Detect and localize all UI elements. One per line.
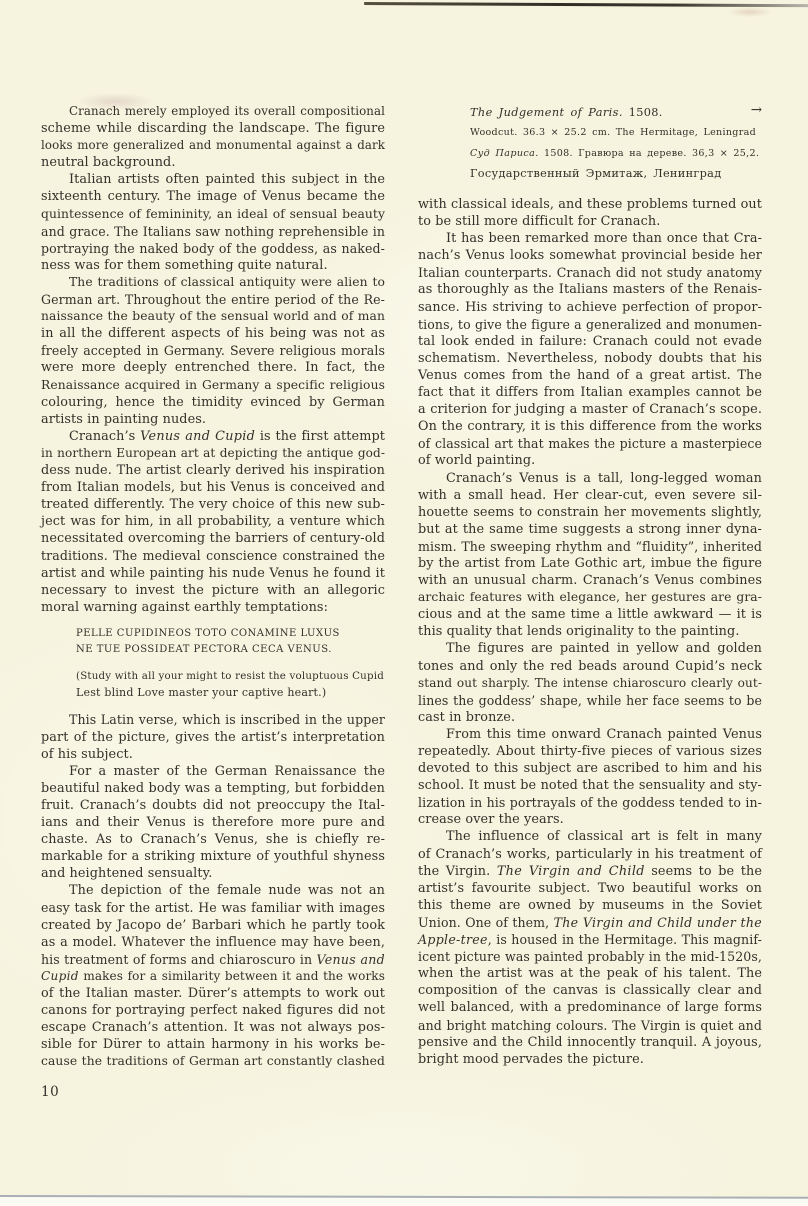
text-line: his treatment of forms and chiaroscuro i… xyxy=(41,951,385,968)
text-line: This Latin verse, which is inscribed in … xyxy=(41,711,385,728)
paragraph: The influence of classical art is felt i… xyxy=(418,828,762,1067)
body-text: is the first attempt xyxy=(255,429,385,444)
text-line: in northern European art at depicting th… xyxy=(41,445,385,462)
text-line: moral warning against earthly temptation… xyxy=(41,599,385,616)
text-line: neutral background. xyxy=(41,154,385,171)
text-line: German art. Throughout the entire period… xyxy=(41,291,385,308)
text-line: traditions. The medieval conscience cons… xyxy=(41,547,385,564)
translation-line: (Study with all your might to resist the… xyxy=(76,668,385,685)
text-line: stand out sharply. The intense chiaroscu… xyxy=(418,675,762,692)
caption-details-ru: Государственный Эрмитаж, Ленинград xyxy=(470,164,762,184)
text-line: of classical art that makes the picture … xyxy=(418,435,762,452)
caption-title-en: The Judgement of Paris. 1508.→ xyxy=(470,103,762,123)
body-text: 1508. xyxy=(623,106,663,119)
text-line: of Cranach’s works, particularly in his … xyxy=(418,846,762,863)
text-line: artist and while painting his nude Venus… xyxy=(41,565,385,582)
text-line: sible for Dürer to attain harmony in his… xyxy=(41,1036,385,1053)
text-line: part of the picture, gives the artist’s … xyxy=(41,729,385,746)
text-line: bright mood pervades the picture. xyxy=(418,1051,762,1068)
text-line: this quality that lends originality to t… xyxy=(418,623,762,640)
text-line: lines the goddess’ shape, while her face… xyxy=(418,692,762,709)
body-text: makes for a similarity between it and th… xyxy=(79,969,385,983)
text-line: ness was for them something quite natura… xyxy=(41,257,385,274)
book-page: Cranach merely employed its overall comp… xyxy=(0,0,808,1206)
text-line: Union. One of them, The Virgin and Child… xyxy=(418,914,762,931)
text-line: Apple-tree, is housed in the Hermitage. … xyxy=(418,931,762,948)
paragraph: The depiction of the female nude was not… xyxy=(41,882,385,1070)
text-line: as a model. Whatever the influence may h… xyxy=(41,934,385,951)
text-line: and grace. The Italians saw nothing repr… xyxy=(41,223,385,240)
right-text-column: The Judgement of Paris. 1508.→Woodcut. 3… xyxy=(418,103,762,1068)
verse-line: PELLE CUPIDINEOS TOTO CONAMINE LUXUS xyxy=(76,626,385,643)
text-line: composition of the canvas is classically… xyxy=(418,982,762,999)
text-line: treated differently. The very choice of … xyxy=(41,496,385,513)
text-line: Cranach’s Venus and Cupid is the first a… xyxy=(41,428,385,445)
text-line: school. It must be noted that the sensua… xyxy=(418,777,762,794)
text-line: this theme are owned by museums in the S… xyxy=(418,897,762,914)
text-line: Venus comes from the hand of a great art… xyxy=(418,367,762,384)
paragraph: Cranach’s Venus is a tall, long-legged w… xyxy=(418,470,762,641)
text-line: and heightened sensualty. xyxy=(41,865,385,882)
arrow-right-icon: → xyxy=(751,101,762,121)
text-line: houette seems to constrain her movements… xyxy=(418,504,762,521)
text-line: repeatedly. About thirty-five pieces of … xyxy=(418,743,762,760)
text-line: scheme while discarding the landscape. T… xyxy=(41,120,385,137)
page-number: 10 xyxy=(41,1084,59,1100)
text-line: but at the same time suggests a strong i… xyxy=(418,521,762,538)
italic-title-text: The Virgin and Child xyxy=(497,864,645,879)
right-column-text: with classical ideals, and these problem… xyxy=(418,196,762,1068)
text-line: with a small head. Her clear-cut, even s… xyxy=(418,487,762,504)
text-line: nach’s Venus looks somewhat provincial b… xyxy=(418,247,762,264)
text-line: mism. The sweeping rhythm and “fluidity”… xyxy=(418,538,762,555)
latin-verse: PELLE CUPIDINEOS TOTO CONAMINE LUXUSNE T… xyxy=(76,626,385,659)
text-line: created by Jacopo de’ Barbari which he p… xyxy=(41,917,385,934)
paragraph: It has been remarked more than once that… xyxy=(418,230,762,469)
text-line: beautiful naked body was a tempting, but… xyxy=(41,780,385,797)
left-text-column: Cranach merely employed its overall comp… xyxy=(41,103,385,1070)
text-line: a criterion for judging a master of Cran… xyxy=(418,401,762,418)
body-text: Cranach’s xyxy=(69,429,140,444)
text-line: Italian artists often painted this subje… xyxy=(41,171,385,188)
text-line: with an unusual charm. Cranach’s Venus c… xyxy=(418,572,762,589)
paragraph: Italian artists often painted this subje… xyxy=(41,171,385,274)
text-line: the Virgin. The Virgin and Child seems t… xyxy=(418,863,762,880)
body-text: Union. One of them, xyxy=(418,915,554,930)
text-line: quintessence of femininity, an ideal of … xyxy=(41,206,385,223)
text-line: canons for portraying perfect naked figu… xyxy=(41,1002,385,1019)
text-line: devoted to this subject are ascribed to … xyxy=(418,760,762,777)
text-line: Cranach merely employed its overall comp… xyxy=(41,103,385,120)
text-line: From this time onward Cranach painted Ve… xyxy=(418,726,762,743)
text-line: pensive and the Child innocently tranqui… xyxy=(418,1034,762,1051)
body-text: 1508. Гравюра на дереве. 36,3 × 25,2. xyxy=(539,148,760,159)
paragraph: with classical ideals, and these problem… xyxy=(418,196,762,230)
body-text: , is housed in the Hermitage. This magni… xyxy=(488,932,762,947)
text-line: artists in painting nudes. xyxy=(41,411,385,428)
text-line: portraying the naked body of the goddess… xyxy=(41,240,385,257)
text-line: in all the different aspects of his bein… xyxy=(41,325,385,342)
text-line: The influence of classical art is felt i… xyxy=(418,828,762,845)
text-line: from Italian models, but his Venus is co… xyxy=(41,479,385,496)
translation-line: Lest blind Love master your captive hear… xyxy=(76,685,385,702)
text-line: markable for a striking mixture of youth… xyxy=(41,848,385,865)
body-text: seems to be the xyxy=(645,864,762,879)
text-line: It has been remarked more than once that… xyxy=(418,230,762,247)
italic-title-text: Venus and xyxy=(317,952,385,967)
text-line: artist’s favourite subject. Two beautifu… xyxy=(418,880,762,897)
text-line: cause the traditions of German art const… xyxy=(41,1053,385,1070)
italic-title-text: Apple-tree xyxy=(418,932,488,947)
text-line: and bright matching colours. The Virgin … xyxy=(418,1017,762,1034)
paper-smudge xyxy=(728,7,772,17)
text-line: of his subject. xyxy=(41,746,385,763)
body-text: the Virgin. xyxy=(418,864,497,879)
text-line: by the artist from Late Gothic art, imbu… xyxy=(418,555,762,572)
text-line: For a master of the German Renaissance t… xyxy=(41,763,385,780)
text-line: Cranach’s Venus is a tall, long-legged w… xyxy=(418,470,762,487)
text-line: archaic features with elegance, her gest… xyxy=(418,589,762,606)
italic-title-text: The Judgement of Paris. xyxy=(470,106,623,119)
text-line: freely accepted in Germany. Severe relig… xyxy=(41,342,385,359)
text-line: with classical ideals, and these problem… xyxy=(418,196,762,213)
text-line: of world painting. xyxy=(418,452,762,469)
text-line: fruit. Cranach’s doubts did not preoccup… xyxy=(41,797,385,814)
text-line: necessitated overcoming the barriers of … xyxy=(41,530,385,547)
text-line: On the contrary, it is this difference f… xyxy=(418,418,762,435)
text-line: were more deeply entrenched there. In fa… xyxy=(41,359,385,376)
italic-title-text: Суд Париса. xyxy=(470,148,539,159)
text-line: fact that it differs from Italian exampl… xyxy=(418,384,762,401)
page-bottom-edge xyxy=(0,1195,808,1206)
verse-line: NE TUE POSSIDEAT PECTORA CECA VENUS. xyxy=(76,642,385,659)
text-line: Italian counterparts. Cranach did not st… xyxy=(418,264,762,281)
text-line: tal look ended in failure: Cranach could… xyxy=(418,333,762,350)
text-line: when the artist was at the peak of his t… xyxy=(418,965,762,982)
text-line: tions, to give the figure a generalized … xyxy=(418,316,762,333)
text-line: to be still more difficult for Cranach. xyxy=(418,213,762,230)
text-line: crease over the years. xyxy=(418,811,762,828)
caption-details-en: Woodcut. 36.3 × 25.2 cm. The Hermitage, … xyxy=(470,123,762,143)
text-line: lization in his portrayals of the goddes… xyxy=(418,794,762,811)
text-line: The figures are painted in yellow and go… xyxy=(418,640,762,657)
text-line: of the Italian master. Dürer’s attempts … xyxy=(41,985,385,1002)
paragraph: The traditions of classical antiquity we… xyxy=(41,274,385,428)
text-line: colouring, hence the timidity evinced by… xyxy=(41,394,385,411)
text-line: Cupid makes for a similarity between it … xyxy=(41,968,385,985)
paragraph: Cranach merely employed its overall comp… xyxy=(41,103,385,171)
text-line: ject was for him, in all probability, a … xyxy=(41,513,385,530)
text-line: escape Cranach’s attention. It was not a… xyxy=(41,1019,385,1036)
italic-title-text: Venus and Cupid xyxy=(140,429,255,444)
caption-title-ru: Суд Париса. 1508. Гравюра на дереве. 36,… xyxy=(470,144,762,164)
paragraph: Cranach’s Venus and Cupid is the first a… xyxy=(41,428,385,616)
text-line: The traditions of classical antiquity we… xyxy=(41,274,385,291)
text-line: necessary to invest the picture with an … xyxy=(41,582,385,599)
text-line: cast in bronze. xyxy=(418,709,762,726)
text-line: easy task for the artist. He was familia… xyxy=(41,899,385,916)
paragraph: This Latin verse, which is inscribed in … xyxy=(41,711,385,762)
text-line: Renaissance acquired in Germany a specif… xyxy=(41,377,385,394)
text-line: sance. His striving to achieve perfectio… xyxy=(418,299,762,316)
text-line: sixteenth century. The image of Venus be… xyxy=(41,188,385,205)
text-line: schematism. Nevertheless, nobody doubts … xyxy=(418,350,762,367)
text-line: ians and their Venus is therefore more p… xyxy=(41,814,385,831)
paragraph: From this time onward Cranach painted Ve… xyxy=(418,726,762,829)
text-line: as thoroughly as the Italians masters of… xyxy=(418,281,762,298)
paragraph: The figures are painted in yellow and go… xyxy=(418,640,762,725)
text-line: icent picture was painted probably in th… xyxy=(418,948,762,965)
text-line: dess nude. The artist clearly derived hi… xyxy=(41,462,385,479)
text-line: looks more generalized and monumental ag… xyxy=(41,137,385,154)
italic-title-text: The Virgin and Child under the xyxy=(554,915,762,930)
text-line: chaste. As to Cranach’s Venus, she is ch… xyxy=(41,831,385,848)
text-line: The depiction of the female nude was not… xyxy=(41,882,385,899)
text-line: tones and only the red beads around Cupi… xyxy=(418,658,762,675)
paragraph: For a master of the German Renaissance t… xyxy=(41,763,385,883)
text-line: well balanced, with a predominance of la… xyxy=(418,999,762,1016)
italic-title-text: Cupid xyxy=(41,969,79,983)
text-line: naissance the beauty of the sensual worl… xyxy=(41,308,385,325)
verse-translation: (Study with all your might to resist the… xyxy=(76,668,385,702)
body-text: his treatment of forms and chiaroscuro i… xyxy=(41,952,317,967)
text-line: cious and at the same time a little awkw… xyxy=(418,606,762,623)
figure-caption: The Judgement of Paris. 1508.→Woodcut. 3… xyxy=(418,103,762,183)
